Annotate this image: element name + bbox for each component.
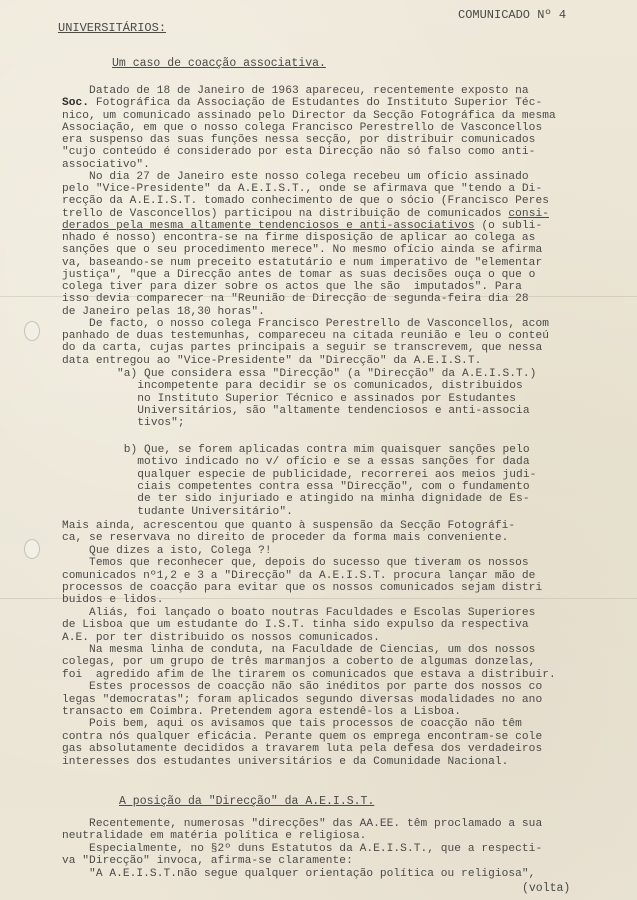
text-line: b) Que, se forem aplicadas contra mim qu…: [117, 444, 530, 456]
emphasized-word: Soc.: [62, 97, 89, 109]
text-line: incompetente para decidir se os comunica…: [117, 380, 523, 392]
text-line: recção da A.E.I.S.T. tomado conhecimento…: [62, 195, 549, 207]
section-title-2: A posição da "Direcção" da A.E.I.S.T.: [119, 795, 374, 808]
text-line: de Janeiro pelas 18,30 horas".: [62, 306, 265, 318]
text-line: De facto, o nosso colega Francisco Peres…: [62, 318, 549, 330]
text-line: va "Direcção" invoca, afirma-se claramen…: [62, 855, 353, 867]
text-line: colega tiver para dizer sobre os actos q…: [62, 281, 522, 293]
page-footer: (volta): [522, 882, 570, 895]
text-line: sanções que o seu procedimento merece". …: [62, 244, 542, 256]
text-line: justiça", "que a Direcção antes de tomar…: [62, 269, 535, 281]
text-line: legas "democratas"; foram aplicados segu…: [62, 694, 542, 706]
text-line: colegas, por um grupo de três marmanjos …: [62, 656, 535, 668]
text-line: Recentemente, numerosas "direcções" das …: [62, 818, 542, 830]
text-line: Datado de 18 de Janeiro de 1963 apareceu…: [62, 85, 529, 97]
text-line: de Lisboa que um estudante do I.S.T. tin…: [62, 619, 529, 631]
text-line: nhado é nosso) encontra-se na firme disp…: [62, 232, 535, 244]
punch-hole: [24, 321, 40, 341]
text-line: Na mesma linha de conduta, na Faculdade …: [62, 644, 535, 656]
text-line: gas absolutamente decididos a travarem l…: [62, 743, 542, 755]
punch-hole: [24, 539, 40, 559]
text-line: data entregou ao "Vice-Presidente" da "D…: [62, 355, 481, 367]
text-line: trello de Vasconcellos) participou na di…: [62, 208, 549, 220]
document-label: COMUNICADO Nº 4: [458, 8, 566, 22]
text-line: era suspenso das suas funções nessa secç…: [62, 134, 535, 146]
text-line: motivo indicado no v/ ofício e se a essa…: [117, 456, 530, 468]
section-title: Um caso de coacção associativa.: [112, 57, 326, 70]
text-line: buidos e lidos.: [62, 594, 163, 606]
underlined-text: consi-: [508, 208, 549, 220]
text-line: derados pela mesma altamente tendencioso…: [62, 220, 542, 232]
text-line: transacto em Coimbra. Pretendem agora es…: [62, 706, 461, 718]
text-line: Especialmente, no §2º duns Estatutos da …: [62, 843, 542, 855]
text-line: no Instituto Superior Técnico e assinado…: [117, 393, 516, 405]
text-line: va, baseando-se num preceito estatutário…: [62, 257, 542, 269]
text-line: No dia 27 de Janeiro este nosso colega r…: [62, 171, 529, 183]
text-line: Aliás, foi lançado o boato noutras Facul…: [62, 607, 535, 619]
text-line: "A A.E.I.S.T.não segue qualquer orientaç…: [62, 868, 535, 880]
text-line: ciais competentes contra essa "Direcção"…: [117, 481, 530, 493]
text-line: de ter sido injuriado e atingido na minh…: [117, 493, 530, 505]
text-line: neutralidade em matéria política e relig…: [62, 830, 366, 842]
text-line: Que dizes a isto, Colega ?!: [62, 545, 272, 557]
text-line: A.E. por ter distribuido os nossos comun…: [62, 632, 380, 644]
text-line: isso devia comparecer na "Reunião de Dir…: [62, 293, 529, 305]
text-line: ca, se reservava no direito de proceder …: [62, 532, 508, 544]
text-line: do da carta, cujas partes principais a s…: [62, 342, 542, 354]
text-line: qualquer especie de publicidade, recorre…: [117, 469, 536, 481]
text-line: contra nós qualquer eficácia. Perante qu…: [62, 731, 542, 743]
text-line: Mais ainda, acrescentou que quanto à sus…: [62, 520, 515, 532]
text-line: associativo".: [62, 159, 150, 171]
text-line: Estes processos de coacção não são inédi…: [62, 681, 542, 693]
text-line: pelo "Vice-Presidente" da A.E.I.S.T., on…: [62, 183, 542, 195]
text-line: Universitários, são "altamente tendencio…: [117, 405, 530, 417]
text-line: "a) Que considera essa "Direcção" (a "Di…: [117, 368, 536, 380]
text-line: Soc. Fotográfica da Associação de Estuda…: [62, 97, 542, 109]
text-line: processos de coacção para evitar que os …: [62, 582, 542, 594]
text-line: Pois bem, aqui os avisamos que tais proc…: [62, 718, 522, 730]
text-line: "cujo conteúdo é considerado por esta Di…: [62, 146, 535, 158]
text-line: tudante Universitário".: [117, 506, 293, 518]
text-line: tivos";: [117, 417, 185, 429]
text-line: nico, um comunicado assinado pelo Direct…: [62, 110, 556, 122]
document-header: UNIVERSITÁRIOS:: [58, 21, 166, 35]
underlined-text: derados pela mesma altamente tendencioso…: [62, 220, 475, 232]
text-line: interesses dos estudantes universitários…: [62, 756, 508, 768]
text-line: Temos que reconhecer que, depois do suce…: [62, 557, 529, 569]
text-line: comunicados nº1,2 e 3 a "Direcção" da A.…: [62, 570, 535, 582]
text-line: Associação, em que o nosso colega Franci…: [62, 122, 542, 134]
text-line: panhado de duas testemunhas, compareceu …: [62, 330, 549, 342]
text-line: foi agredido afim de lhe tirarem os comu…: [62, 669, 556, 681]
